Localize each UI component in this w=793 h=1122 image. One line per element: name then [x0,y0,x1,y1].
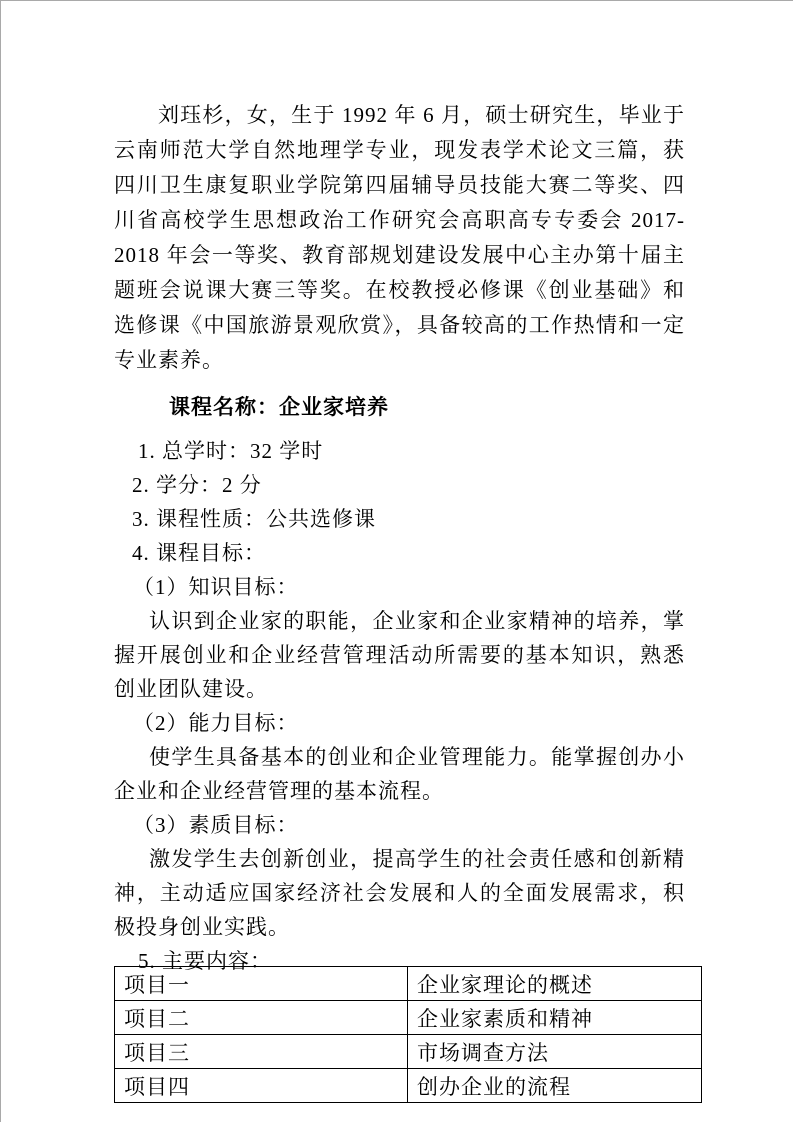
sub-item-ability-goal: （2）能力目标： [114,706,685,740]
ability-goal-paragraph: 使学生具备基本的创业和企业管理能力。能掌握创办小企业和企业经营管理的基本流程。 [114,740,685,808]
table-cell-content: 企业家理论的概述 [408,967,702,1001]
document-content: 刘珏杉，女，生于 1992 年 6 月，硕士研究生，毕业于云南师范大学自然地理学… [114,98,685,1103]
intro-paragraph: 刘珏杉，女，生于 1992 年 6 月，硕士研究生，毕业于云南师范大学自然地理学… [114,98,685,378]
table-cell-project: 项目四 [115,1069,408,1103]
course-content-table: 项目一 企业家理论的概述 项目二 企业家素质和精神 项目三 市场调查方法 项目四… [114,966,702,1103]
sub-item-quality-goal: （3）素质目标： [114,808,685,842]
list-item-course-type: 3. 课程性质：公共选修课 [114,502,685,536]
quality-goal-paragraph: 激发学生去创新创业，提高学生的社会责任感和创新精神，主动适应国家经济社会发展和人… [114,842,685,944]
table-row: 项目四 创办企业的流程 [115,1069,702,1103]
document-page: 刘珏杉，女，生于 1992 年 6 月，硕士研究生，毕业于云南师范大学自然地理学… [1,1,793,1122]
list-item-credits: 2. 学分：2 分 [114,468,685,502]
table-cell-project: 项目三 [115,1035,408,1069]
list-item-total-hours: 1. 总学时：32 学时 [114,434,685,468]
course-title-heading: 课程名称：企业家培养 [114,390,685,425]
table-row: 项目三 市场调查方法 [115,1035,702,1069]
knowledge-goal-paragraph: 认识到企业家的职能，企业家和企业家精神的培养，掌握开展创业和企业经营管理活动所需… [114,604,685,706]
table-row: 项目二 企业家素质和精神 [115,1001,702,1035]
table-cell-content: 企业家素质和精神 [408,1001,702,1035]
sub-item-knowledge-goal: （1）知识目标： [114,570,685,604]
table-cell-content: 创办企业的流程 [408,1069,702,1103]
list-item-course-goals: 4. 课程目标： [114,536,685,570]
table-cell-project: 项目二 [115,1001,408,1035]
table-cell-content: 市场调查方法 [408,1035,702,1069]
